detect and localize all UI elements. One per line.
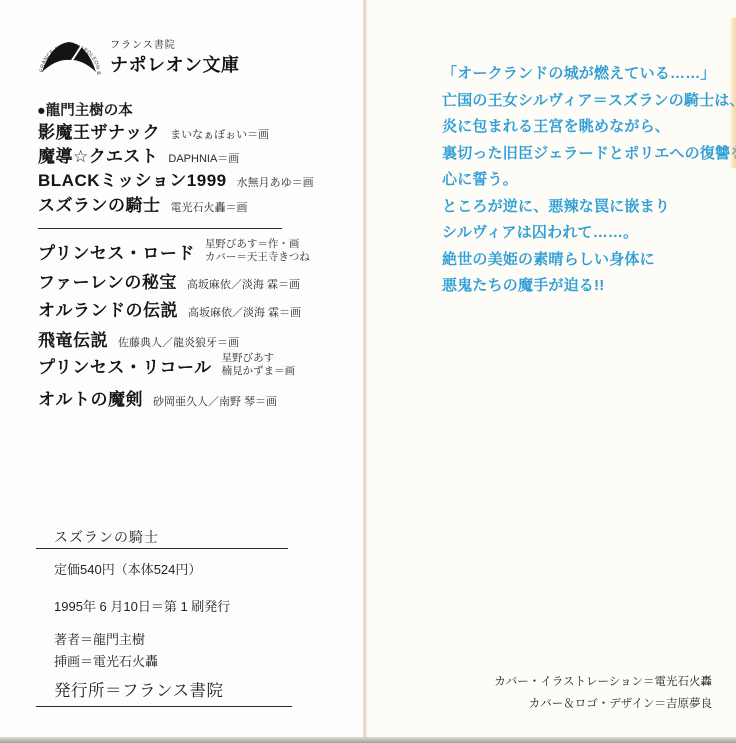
publisher-logo: FRANCE SHOIN NAPOLEON BUNKO フランス書院 ナポレオン… <box>36 28 240 86</box>
scan-bottom-edge <box>0 737 736 743</box>
book-credit-line2: 楠見かずま＝画 <box>222 365 296 378</box>
book-credit: 水無月あゆ＝画 <box>237 174 314 190</box>
colophon-rule-bottom <box>36 706 292 707</box>
book-row: BLACKミッション1999 水無月あゆ＝画 <box>38 166 314 191</box>
book-row: 影魔王ザナック まいなぁぼぉい＝画 <box>38 118 269 143</box>
book-title: ファーレンの秘宝 <box>38 268 177 293</box>
cover-credits: カバー・イラストレーション＝電光石火轟 カバー＆ロゴ・デザイン＝吉原夢良 <box>494 671 712 715</box>
blurb-line: 裏切った旧臣ジェラードとポリエへの復讐を <box>442 141 736 168</box>
blurb-line: 悪鬼たちの魔手が迫る!! <box>442 273 736 300</box>
blurb-line: 亡国の王女シルヴィア＝スズランの騎士は、 <box>442 88 736 115</box>
colophon-rule-top <box>36 548 288 549</box>
book-credit: 高坂麻依／淡海 霖＝画 <box>188 304 301 320</box>
book-row: オルトの魔剣 砂岡亜久人／南野 琴＝画 <box>38 385 277 410</box>
colophon-title: スズランの騎士 <box>54 527 159 547</box>
book-row: プリンセス・ロード 星野びあす＝作・画 カバー＝天王寺きつね <box>38 238 310 264</box>
book-title: オルトの魔剣 <box>38 385 143 410</box>
book-credit: DAPHNIA＝画 <box>168 150 239 166</box>
cover-logo-design-credit: カバー＆ロゴ・デザイン＝吉原夢良 <box>494 693 712 715</box>
book-title: オルランドの伝説 <box>38 296 178 321</box>
colophon-price: 定価540円（本体524円） <box>54 559 201 578</box>
book-title: 影魔王ザナック <box>38 118 160 143</box>
blurb-line: 心に誓う。 <box>442 167 736 194</box>
book-credit: 星野びあす 楠見かずま＝画 <box>222 352 296 378</box>
publisher-name-small: フランス書院 <box>110 36 240 51</box>
cover-illustration-credit: カバー・イラストレーション＝電光石火轟 <box>494 671 712 693</box>
publisher-name-large: ナポレオン文庫 <box>110 51 240 77</box>
publisher-name: フランス書院 ナポレオン文庫 <box>110 28 240 77</box>
book-title: スズランの騎士 <box>38 191 161 216</box>
blurb-line: ところが逆に、悪辣な罠に嵌まり <box>442 194 736 221</box>
book-row: 飛竜伝説 佐藤典人／龍炎狼牙＝画 <box>38 326 239 351</box>
book-row: スズランの騎士 電光石火轟＝画 <box>38 191 248 216</box>
book-row: プリンセス・リコール 星野びあす 楠見かずま＝画 <box>38 352 295 378</box>
author-books-header: ●龍門主樹の本 <box>37 99 133 120</box>
blurb-line: 炎に包まれる王宮を眺めながら、 <box>442 114 736 141</box>
book-title: 魔導☆クエスト <box>38 142 158 167</box>
book-credit-line1: 星野びあす＝作・画 <box>205 238 310 251</box>
book-credit-line1: 星野びあす <box>222 352 296 365</box>
book-row: 魔導☆クエスト DAPHNIA＝画 <box>38 142 239 167</box>
book-row: ファーレンの秘宝 高坂麻依／淡海 霖＝画 <box>38 268 300 293</box>
colophon-illustrator: 挿画＝電光石火轟 <box>54 651 158 670</box>
blurb-line: 絶世の美姫の素晴らしい身体に <box>442 247 736 274</box>
book-credit: 砂岡亜久人／南野 琴＝画 <box>153 393 277 409</box>
hat-shape <box>42 42 96 72</box>
napoleon-hat-icon: FRANCE SHOIN NAPOLEON BUNKO <box>36 28 102 86</box>
colophon-author: 著者＝龍門主樹 <box>54 629 145 648</box>
book-jacket-scan: FRANCE SHOIN NAPOLEON BUNKO フランス書院 ナポレオン… <box>0 0 736 743</box>
book-credit: 佐藤典人／龍炎狼牙＝画 <box>118 334 239 350</box>
blurb-line: シルヴィアは囚われて……。 <box>442 220 736 247</box>
page-gutter-line <box>363 0 367 743</box>
story-blurb: 「オークランドの城が燃えている……」 亡国の王女シルヴィア＝スズランの騎士は、 … <box>442 61 736 300</box>
book-credit: 高坂麻依／淡海 霖＝画 <box>187 276 300 292</box>
book-title: プリンセス・ロード <box>38 239 195 264</box>
colophon-publisher: 発行所＝フランス書院 <box>54 677 224 701</box>
book-credit: まいなぁぼぉい＝画 <box>170 126 269 142</box>
book-credit-line2: カバー＝天王寺きつね <box>205 251 310 264</box>
book-title: プリンセス・リコール <box>38 353 212 378</box>
book-credit: 星野びあす＝作・画 カバー＝天王寺きつね <box>205 238 310 264</box>
book-row: オルランドの伝説 高坂麻依／淡海 霖＝画 <box>38 296 301 321</box>
book-title: BLACKミッション1999 <box>38 166 227 191</box>
book-title: 飛竜伝説 <box>38 326 108 351</box>
divider-rule <box>38 228 282 229</box>
book-credit: 電光石火轟＝画 <box>171 199 248 215</box>
blurb-line: 「オークランドの城が燃えている……」 <box>442 61 736 88</box>
colophon-edition: 1995年 6 月10日＝第 1 刷発行 <box>54 596 230 615</box>
scan-edge-smudge <box>729 18 736 168</box>
